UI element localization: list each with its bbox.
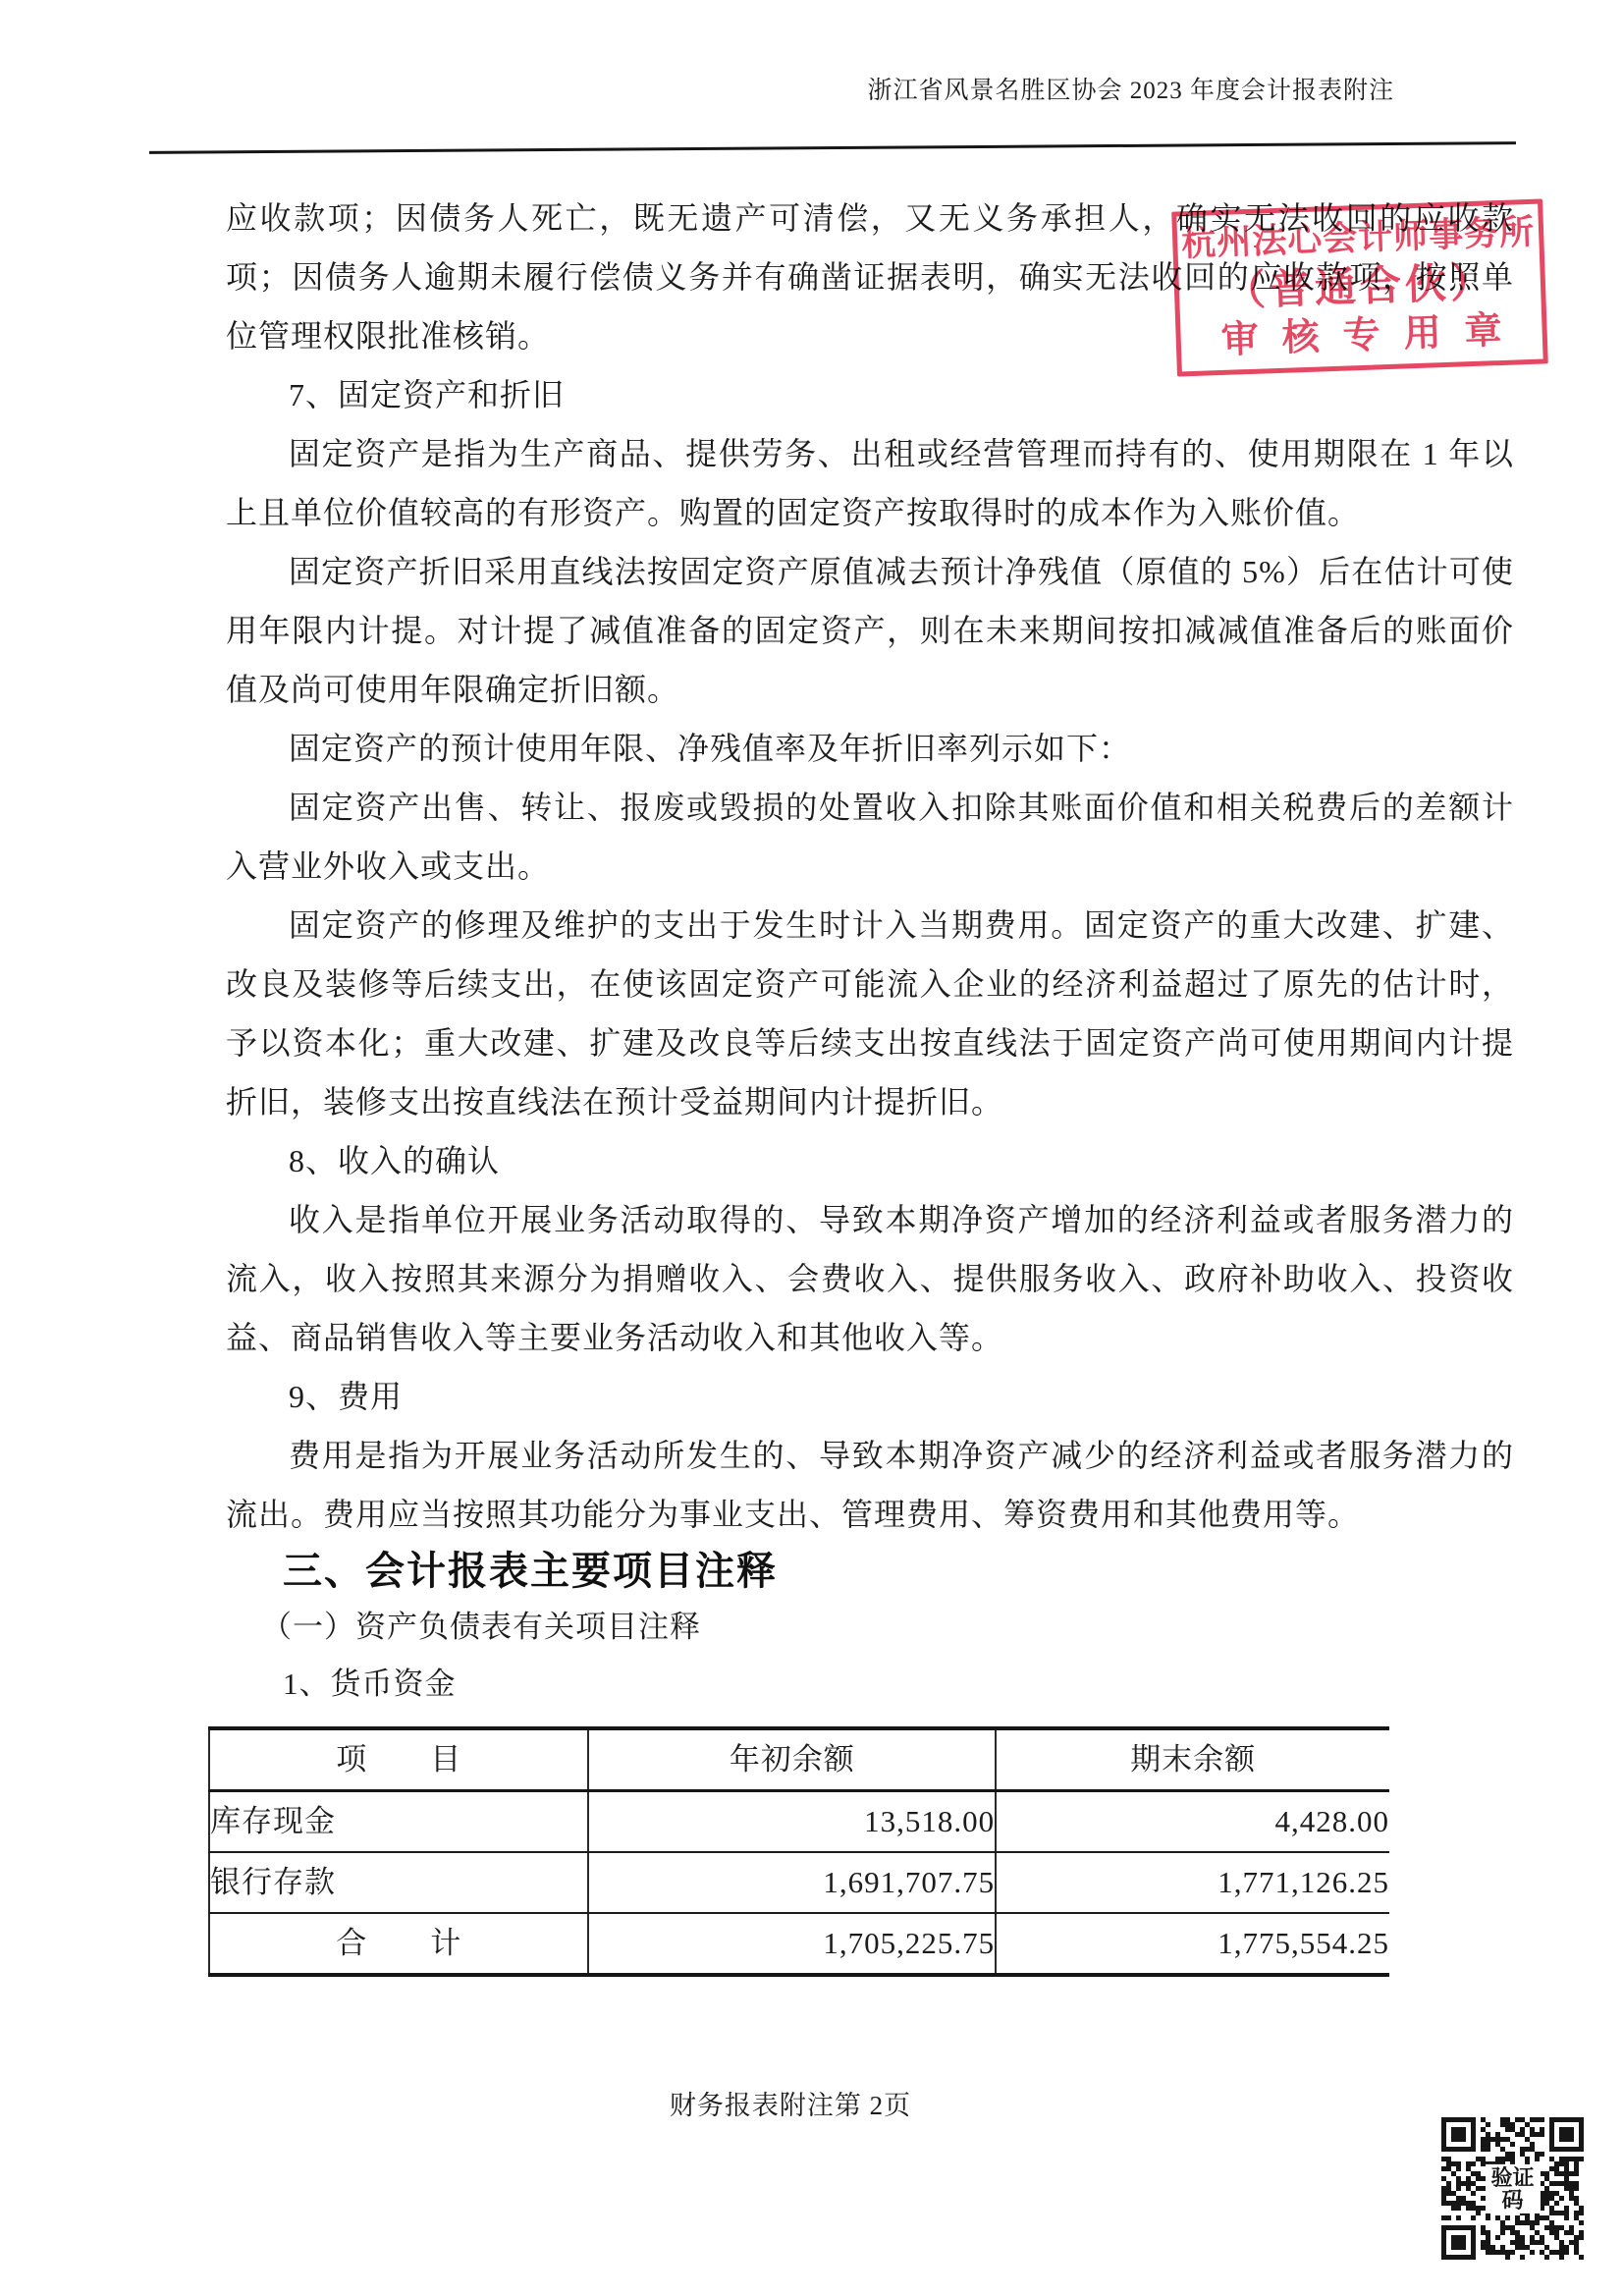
document-page: 浙江省风景名胜区协会 2023 年度会计报表附注 应收款项；因债务人死亡，既无遗… bbox=[0, 0, 1623, 2296]
item-heading: 1、货币资金 bbox=[226, 1656, 1514, 1713]
stamp-firm-name: 杭州法心会计师事务所 bbox=[1177, 214, 1540, 261]
body-paragraph: 费用是指为开展业务活动所发生的、导致本期净资产减少的经济利益或者服务潜力的流出。… bbox=[226, 1426, 1514, 1544]
qr-code: 验证码 bbox=[1441, 2117, 1584, 2260]
section-heading: 三、会计报表主要项目注释 bbox=[226, 1544, 1514, 1599]
body-paragraph: 收入是指单位开展业务活动取得的、导致本期净资产增加的经济利益或者服务潜力的流入，… bbox=[226, 1190, 1514, 1367]
body-paragraph: 固定资产的预计使用年限、净残值率及年折旧率列示如下： bbox=[226, 719, 1514, 778]
table-header-cell: 项 目 bbox=[209, 1728, 588, 1791]
table-total-row: 合 计 1,705,225.75 1,775,554.25 bbox=[209, 1913, 1389, 1975]
table-cell: 1,705,225.75 bbox=[588, 1913, 996, 1975]
table-cell: 4,428.00 bbox=[996, 1791, 1389, 1853]
table-cell: 库存现金 bbox=[209, 1791, 588, 1853]
body-paragraph: 固定资产是指为生产商品、提供劳务、出租或经营管理而持有的、使用期限在 1 年以上… bbox=[226, 424, 1514, 542]
stamp-partnership-type: （普通合伙） bbox=[1178, 259, 1541, 313]
table-header-row: 项 目 年初余额 期末余额 bbox=[209, 1728, 1389, 1791]
audit-stamp: 杭州法心会计师事务所 （普通合伙） 审核专用章 bbox=[1171, 198, 1548, 376]
table-cell: 合 计 bbox=[209, 1913, 588, 1975]
page-header-title: 浙江省风景名胜区协会 2023 年度会计报表附注 bbox=[0, 71, 1394, 106]
table-cell: 银行存款 bbox=[209, 1852, 588, 1913]
page-number: 财务报表附注第 2页 bbox=[0, 2084, 1581, 2122]
body-paragraph: 固定资产出售、转让、报废或毁损的处置收入扣除其账面价值和相关税费后的差额计入营业… bbox=[226, 778, 1514, 896]
table-cell: 1,691,707.75 bbox=[588, 1852, 996, 1913]
body-paragraph: 固定资产的修理及维护的支出于发生时计入当期费用。固定资产的重大改建、扩建、改良及… bbox=[226, 896, 1514, 1131]
body-paragraph-heading: 9、费用 bbox=[226, 1367, 1514, 1426]
header-rule bbox=[149, 141, 1516, 154]
table-cell: 13,518.00 bbox=[588, 1791, 996, 1853]
table-row: 库存现金 13,518.00 4,428.00 bbox=[209, 1791, 1389, 1853]
subsection-heading: （一）资产负债表有关项目注释 bbox=[226, 1599, 1514, 1656]
body-paragraph-heading: 7、固定资产和折旧 bbox=[226, 365, 1514, 424]
stamp-purpose: 审核专用章 bbox=[1180, 311, 1542, 361]
table-header-cell: 年初余额 bbox=[588, 1728, 996, 1791]
table-header-cell: 期末余额 bbox=[996, 1728, 1389, 1791]
monetary-funds-table: 项 目 年初余额 期末余额 库存现金 13,518.00 4,428.00 银行… bbox=[208, 1726, 1389, 1977]
body-paragraph-heading: 8、收入的确认 bbox=[226, 1131, 1514, 1190]
qr-code-label: 验证码 bbox=[1486, 2163, 1541, 2213]
table-cell: 1,771,126.25 bbox=[996, 1852, 1389, 1913]
body-text: 应收款项；因债务人死亡，既无遗产可清偿，又无义务承担人，确实无法收回的应收款项；… bbox=[226, 189, 1514, 1977]
table-cell: 1,775,554.25 bbox=[996, 1913, 1389, 1975]
body-paragraph: 固定资产折旧采用直线法按固定资产原值减去预计净残值（原值的 5%）后在估计可使用… bbox=[226, 542, 1514, 719]
table-row: 银行存款 1,691,707.75 1,771,126.25 bbox=[209, 1852, 1389, 1913]
